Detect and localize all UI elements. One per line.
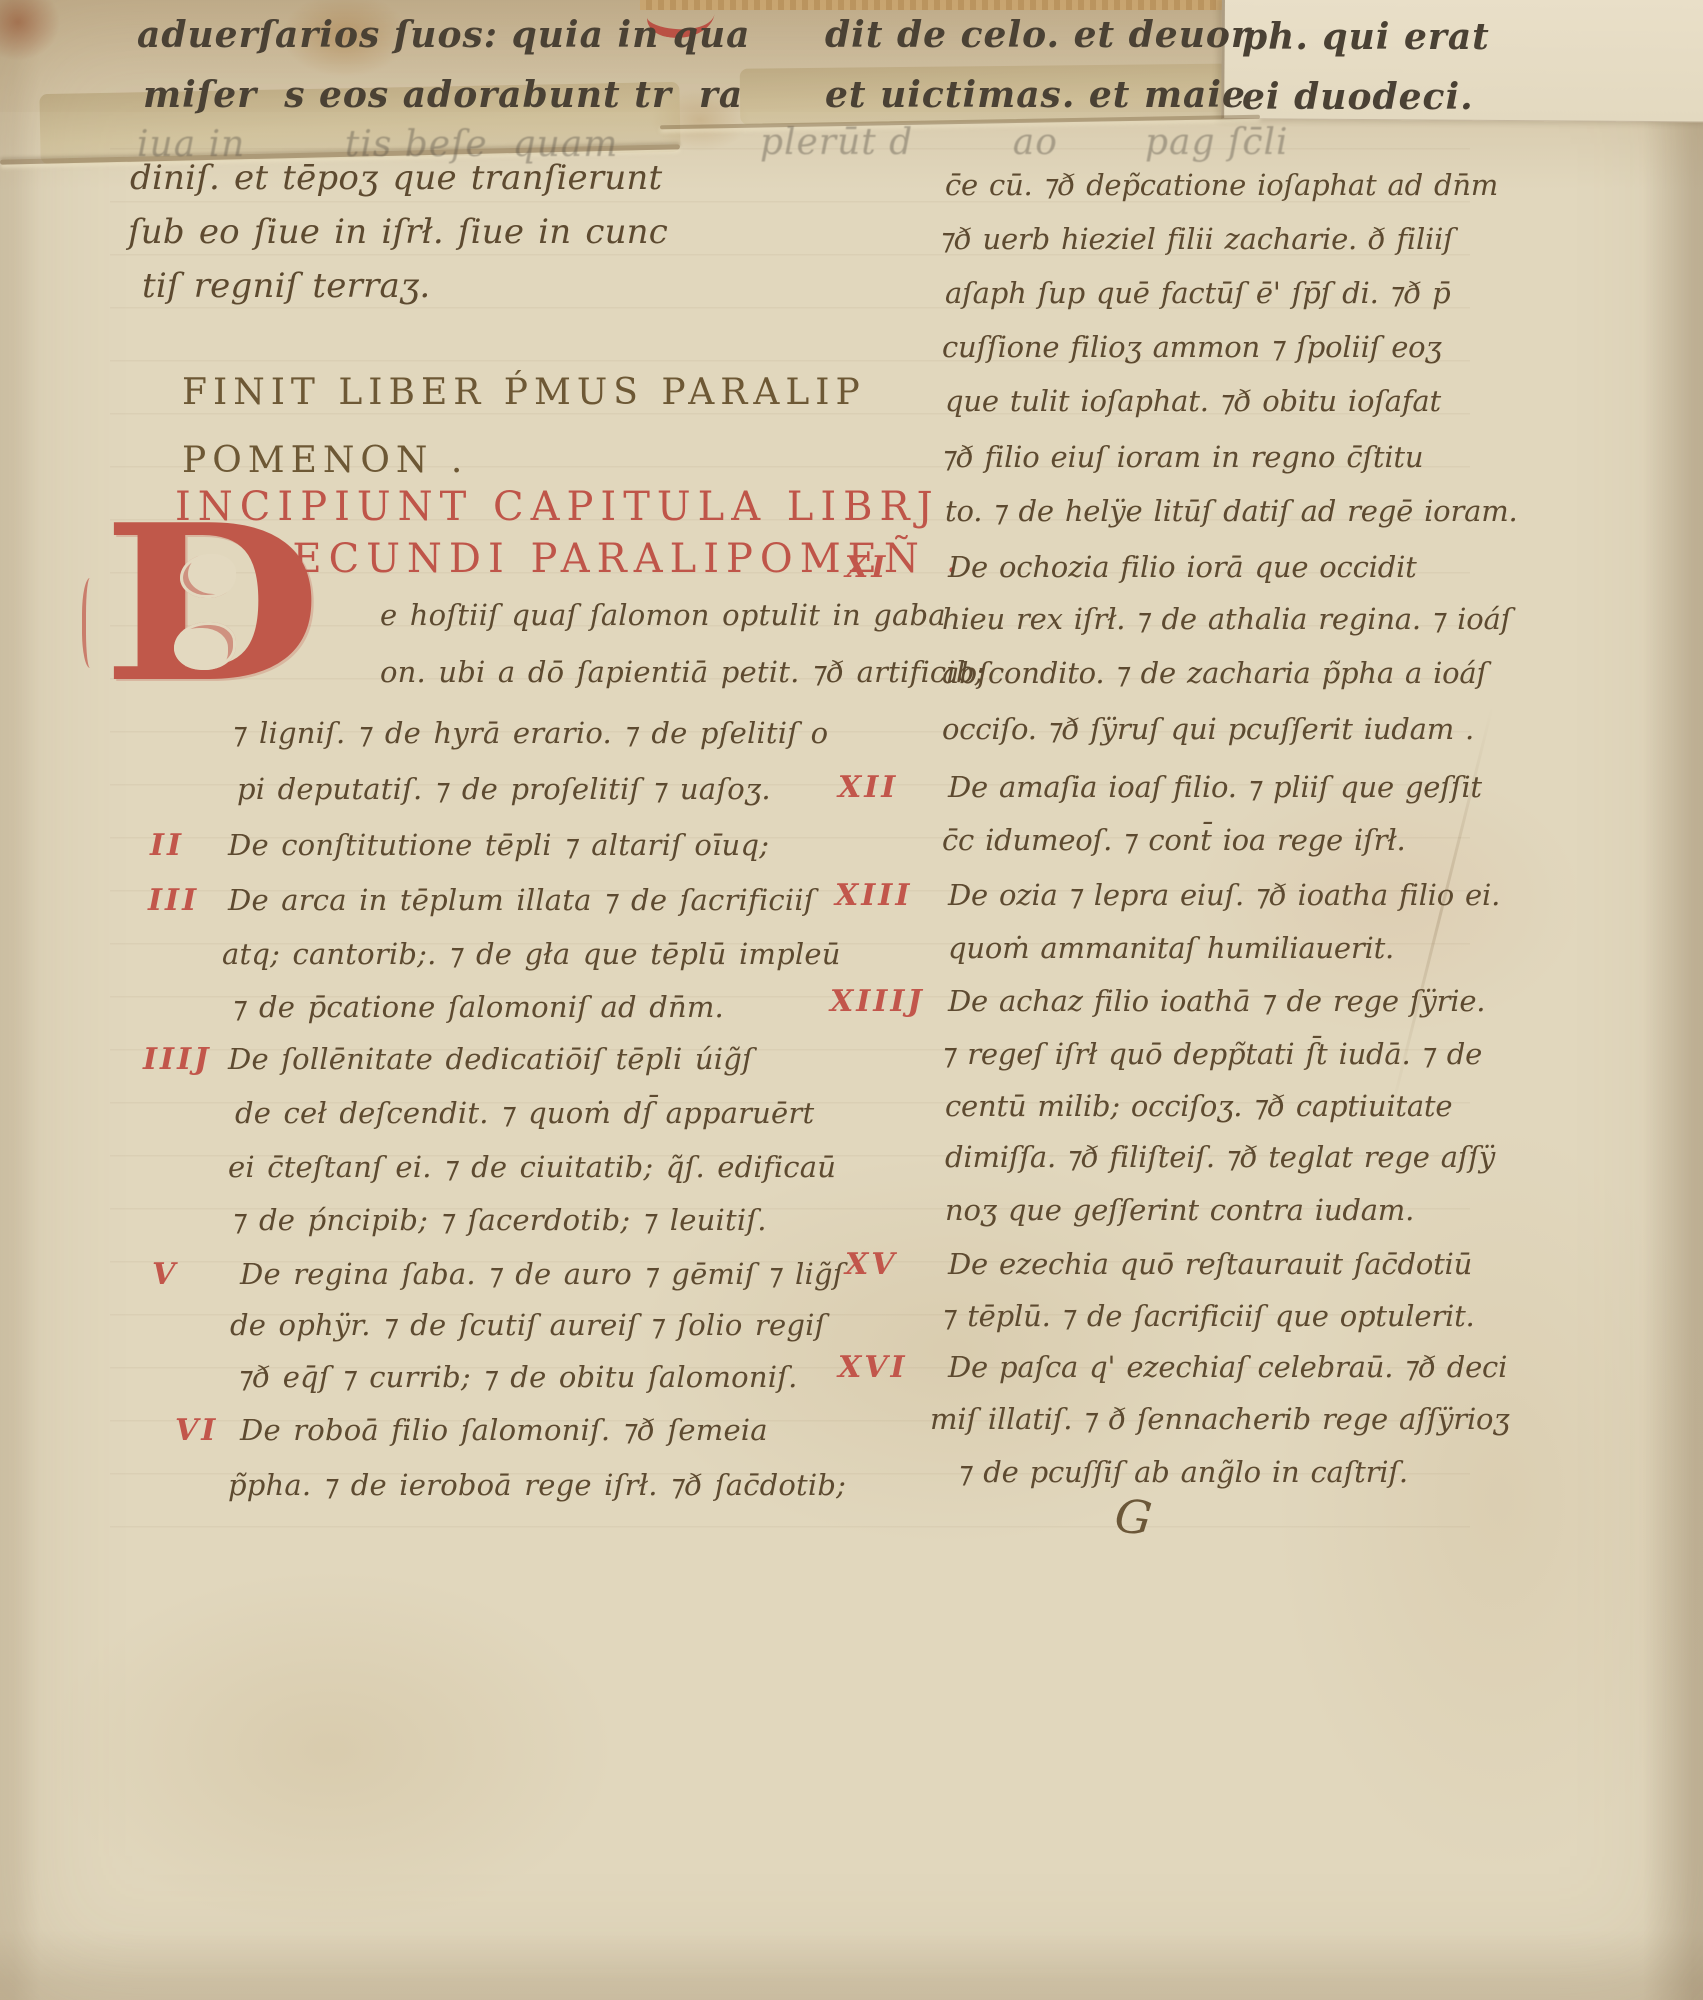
explicit-line: FINIT LIBER ṔMUS PARALIP: [182, 372, 866, 413]
patch-line: ph. qui erat: [1242, 16, 1490, 58]
chapter-numeral: II: [150, 828, 184, 863]
chapter-line: De roboā filio ſalomoniſ. ⁊ð ſemeia: [240, 1413, 768, 1447]
chapter-line: De amaſia ioaſ filio. ⁊ pliiſ que geſſit: [948, 770, 1482, 804]
chapter-line: De achaz filio ioathā ⁊ de rege ſÿrie.: [948, 984, 1485, 1018]
initial-d: D: [62, 548, 362, 718]
chapter-numeral: XIIIJ: [830, 984, 925, 1019]
text-line: diniſ. et tēpoʒ que tranſierunt: [130, 158, 662, 198]
chapter-line: ei c̄teſtanſ ei. ⁊ de ciuitatib; q̃ſ. ed…: [228, 1150, 836, 1184]
chapter-line: p̃pha. ⁊ de ieroboā rege iſrł. ⁊ð ſac̄do…: [228, 1468, 846, 1502]
chapter-line: ⁊ de pcuſſiſ ab ang̃lo in caſtriſ.: [958, 1455, 1408, 1489]
chapter-line: de ophÿr. ⁊ de ſcutiſ aureiſ ⁊ ſolio reg…: [230, 1308, 826, 1342]
chapter-line: pi deputatiſ. ⁊ de proſelitiſ ⁊ uaſoʒ.: [237, 772, 771, 806]
chapter-line: hieu rex iſrł. ⁊ de athalia regina. ⁊ io…: [942, 602, 1511, 636]
chapter-numeral: XIII: [835, 878, 912, 913]
chapter-numeral: III: [148, 883, 199, 918]
patch-line: ei duodeci.: [1242, 76, 1474, 118]
fragment-line: dit de celo. et deuor: [825, 14, 1251, 56]
manuscript-page: aduerſarios ſuos: quia in qua miſer s eo…: [0, 0, 1703, 2000]
text-line: aſaph ſup quē factūſ ē' ſp̄ſ di. ⁊ð p̄: [945, 276, 1450, 310]
chapter-numeral: XII: [838, 770, 898, 805]
pen-flourish: G: [1112, 1488, 1154, 1546]
chapter-line: De ochozia filio iorā que occidit: [948, 550, 1417, 584]
chapter-line: c̄c idumeoſ. ⁊ cont̄ ioa rege iſrł.: [942, 823, 1406, 857]
chapter-line: De ſollēnitate dedicatiōiſ tēpli úig̃ſ: [228, 1042, 753, 1076]
chapter-line: De arca in tēplum illata ⁊ de ſacrificii…: [228, 883, 815, 917]
text-line: ⁊ð filio eiuſ ioram in regno c̄ſtitu: [942, 440, 1423, 474]
chapter-line: occiſo. ⁊ð ſÿruſ qui pcuſſerit iudam .: [942, 712, 1474, 746]
text-line: to. ⁊ de helÿe litūſ datiſ ad regē ioram…: [945, 494, 1518, 528]
chapter-numeral: VI: [175, 1413, 218, 1448]
chapter-line: De ozia ⁊ lepra eiuſ. ⁊ð ioatha filio ei…: [948, 878, 1500, 912]
binding-edge-texture: [640, 0, 1240, 10]
initial-d-glyph: D: [102, 496, 322, 711]
chapter-line: ⁊ð eq̄ſ ⁊ currib; ⁊ de obitu ſalomoniſ.: [238, 1360, 798, 1394]
fragment-line: aduerſarios ſuos: quia in qua: [137, 14, 751, 56]
chapter-line: ⁊ regeſ iſrł quō depp̃tati ſ̄t iudā. ⁊ d…: [942, 1037, 1482, 1071]
text-line: ſub eo ſiue in iſrł. ſiue in cunc: [128, 212, 668, 252]
foliate-ornament: [174, 622, 236, 670]
chapter-numeral: XV: [845, 1247, 898, 1282]
chapter-numeral: XVI: [838, 1350, 908, 1385]
chapter-numeral: XI: [845, 550, 888, 585]
chapter-line: atq; cantorib;. ⁊ de gła que tēplū imple…: [222, 937, 841, 971]
text-line: cuſſione filioʒ ammon ⁊ ſpoliiſ eoʒ: [942, 330, 1442, 364]
chapter-line: ⁊ de ṕncipib; ⁊ ſacerdotib; ⁊ leuitiſ.: [232, 1203, 767, 1237]
chapter-line: centū milib; occiſoʒ. ⁊ð captiuitate: [945, 1089, 1452, 1123]
chapter-line: miſ illatiſ. ⁊ ð ſennacherib rege aſſÿri…: [930, 1402, 1509, 1436]
fragment-line: et uictimas. et maie: [825, 74, 1246, 116]
text-line: que tulit ioſaphat. ⁊ð obitu ioſafat: [945, 384, 1441, 418]
text-line: c̄e cū. ⁊ð dep̃catione ioſaphat ad dn̄m: [945, 168, 1498, 202]
chapter-line: De paſca q' ezechiaſ celebraū. ⁊ð deci: [948, 1350, 1507, 1384]
text-line: ⁊ð uerb hieziel filii zacharie. ð filiiſ: [940, 222, 1454, 256]
chapter-line: ⁊ ligniſ. ⁊ de hyrā erario. ⁊ de pſeliti…: [232, 716, 828, 750]
chapter-line: quoṁ ammanitaſ humiliauerit.: [948, 931, 1394, 965]
chapter-line: abſcondito. ⁊ de zacharia p̃pha a ioáſ: [942, 656, 1487, 690]
chapter-line: De regina ſaba. ⁊ de auro ⁊ gēmiſ ⁊ lig̃…: [240, 1257, 844, 1291]
chapter-line: ⁊ tēplū. ⁊ de ſacrificiiſ que optulerit.: [942, 1299, 1475, 1333]
chapter-line: ⁊ de p̄catione ſalomoniſ ad dn̄m.: [232, 990, 724, 1024]
chapter-line: de ceł deſcendit. ⁊ quoṁ dſ̄ apparuērt: [235, 1096, 814, 1130]
chapter-line: noʒ que geſſerint contra iudam.: [945, 1193, 1414, 1227]
text-line: tiſ regniſ terraʒ.: [142, 266, 430, 306]
chapter-line: on. ubi a dō ſapientiā petit. ⁊ð artific…: [380, 655, 985, 689]
chapter-line: De conſtitutione tēpli ⁊ altariſ oīuq;: [228, 828, 769, 862]
fragment-line-erased: plerūt d ao pag ſc̄li: [760, 122, 1289, 163]
chapter-numeral: IIIJ: [143, 1042, 211, 1077]
chapter-line: De ezechia quō reſtaurauit ſac̄dotiū: [948, 1247, 1472, 1281]
foliate-ornament: [180, 554, 236, 598]
chapter-line: e hoſtiiſ quaſ ſalomon optulit in gaba: [380, 598, 946, 632]
fragment-line: miſer s eos adorabunt tr ra: [143, 74, 743, 116]
chapter-numeral: V: [152, 1257, 178, 1292]
foliate-ornament: [82, 578, 102, 668]
explicit-line: POMENON .: [182, 440, 468, 481]
chapter-line: dimiſſa. ⁊ð filiſteiſ. ⁊ð teglat rege aſ…: [945, 1140, 1495, 1174]
